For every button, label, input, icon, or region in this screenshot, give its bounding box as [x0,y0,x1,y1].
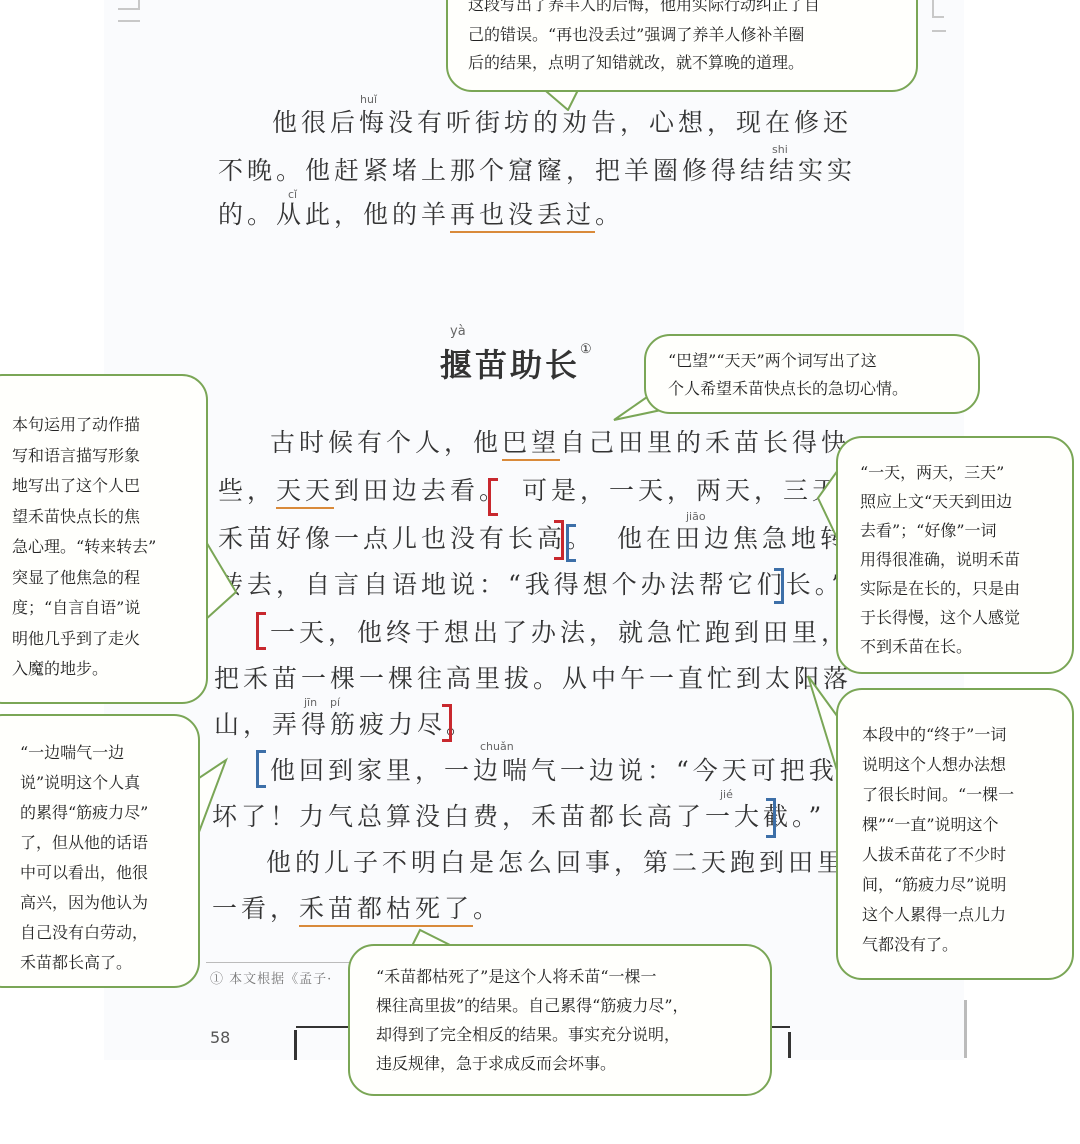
line: 中可以看出，他很 [20,858,148,888]
annotation-left-2: “一边喘气一边 说”说明这个人真 的累得“筋疲力尽” 了，但从他的话语 中可以看… [0,714,200,988]
footnote-rule [206,962,366,963]
line: 本句运用了动作描 [12,410,156,441]
corner-mark-top-right [932,0,944,18]
line: 这个人累得一点儿力 [862,900,1014,930]
line: 急心理。“转来转去” [12,532,156,563]
p2-line-1: 一天，他终于想出了办法，就急忙跑到田里， [270,610,850,656]
p4-line-2: 一看，禾苗都枯死了。 [212,886,502,932]
bottom-frame-left-bar [294,1030,297,1060]
bracket-blue-open-2 [256,750,266,788]
p4-l2-a: 一看， [212,894,299,923]
annotation-bottom: “禾苗都枯死了”是这个人将禾苗“一棵一 棵往高里拔”的结果。自己累得“筋疲力尽”… [348,944,772,1096]
line: 说”说明这个人真 [20,768,148,798]
story-title-text: 揠苗助长 [440,346,580,384]
prev-line-3: 的。从此，他的羊再也没丢过。 [218,192,624,238]
bracket-blue-close-1 [774,568,784,604]
bracket-blue-close-2 [766,798,776,838]
line: 自己没有白劳动， [20,918,148,948]
footnote-text: ① 本文根据《孟子· [210,968,332,987]
prev-line-3-end: 。 [595,200,624,229]
line: 望禾苗快点长的焦 [12,502,156,533]
p4-l2-b: 。 [473,894,502,923]
annotation-top-line-2: 己的错误。“再也没丢过”强调了养羊人修补羊圈 [468,22,804,48]
p1-l2-b: 到田边去看。 [334,476,508,505]
line: 间，“筋疲力尽”说明 [862,870,1014,900]
line: 了很长时间。“一棵一 [862,780,1014,810]
annotation-top-line-3: 后的结果，点明了知错就改，就不算晚的道理。 [468,50,804,76]
underlined-phrase-never-lost: 再也没丢过 [450,200,595,233]
footnote-mark: ① [580,342,595,357]
bottom-frame-right-bar [788,1032,791,1058]
corner-mark-top-left-2 [118,20,140,22]
annotation-right-1-text: “一天，两天，三天” 照应上文“天天到田边 去看”；“好像”一词 用得很准确，说… [860,458,1020,661]
line: 明他几乎到了走火 [12,624,156,655]
p3-line-1: 他回到家里，一边喘气一边说：“今天可把我累 [270,748,867,794]
annotation-top-line-1: 这段写出了养羊人的后悔，他用实际行动纠正了自 [468,0,820,18]
annotation-left-2-text: “一边喘气一边 说”说明这个人真 的累得“筋疲力尽” 了，但从他的话语 中可以看… [20,738,148,978]
page-number: 58 [210,1028,230,1047]
line: 高兴，因为他认为 [20,888,148,918]
line: 违反规律，急于求成反而会坏事。 [376,1049,689,1078]
p1-l2-a: 些， [218,476,276,505]
line: “一天，两天，三天” [860,458,1020,487]
annotation-right-2: 本段中的“终于”一词 说明这个人想办法想 了很长时间。“一棵一 棵”“一直”说明… [836,688,1074,980]
annotation-right-1: “一天，两天，三天” 照应上文“天天到田边 去看”；“好像”一词 用得很准确，说… [836,436,1074,674]
p1-l2-c: 可是，一天，两天，三天， [522,476,870,505]
line: 照应上文“天天到田边 [860,487,1020,516]
p4-line-1: 他的儿子不明白是怎么回事，第二天跑到田里 [266,840,846,886]
underlined-tiantian: 天天 [276,476,334,509]
prev-line-1: 他很后悔没有听街坊的劝告，心想，现在修还 [272,100,852,146]
story-title: 揠苗助长① [440,340,595,386]
line: 度；“自言自语”说 [12,593,156,624]
annotation-bawang-line-2: 个人希望禾苗快点长的急切心情。 [668,376,908,402]
line: 写和语言描写形象 [12,441,156,472]
bracket-blue-open-1 [566,524,576,562]
line: 了，但从他的话语 [20,828,148,858]
bottom-frame-right-line [770,1026,790,1028]
p1-l3-a: 禾苗好像一点儿也没有长高。 [218,524,595,553]
annotation-top: 这段写出了养羊人的后悔，他用实际行动纠正了自 己的错误。“再也没丢过”强调了养羊… [446,0,918,92]
bracket-red-open-1 [488,478,498,516]
line: 地写出了这个人巴 [12,471,156,502]
corner-mark-top-left [118,0,140,10]
line: 人拔禾苗花了不少时 [862,840,1014,870]
pinyin-ya: yà [450,324,466,339]
line: 用得很准确，说明禾苗 [860,545,1020,574]
line: 入魔的地步。 [12,654,156,685]
page-edge-right [964,1000,967,1058]
line: 说明这个人想办法想 [862,750,1014,780]
line: 实际是在长的，只是由 [860,574,1020,603]
p1-line-2: 些，天天到田边去看。可是，一天，两天，三天， [218,468,870,514]
line: 的累得“筋疲力尽” [20,798,148,828]
line: “一边喘气一边 [20,738,148,768]
annotation-left-1-text: 本句运用了动作描 写和语言描写形象 地写出了这个人巴 望禾苗快点长的焦 急心理。… [12,410,156,685]
line: 禾苗都长高了。 [20,948,148,978]
line: 突显了他焦急的程 [12,563,156,594]
underlined-withered: 禾苗都枯死了 [299,894,473,927]
corner-mark-top-right-2 [932,30,946,32]
line: 本段中的“终于”一词 [862,720,1014,750]
annotation-right-2-text: 本段中的“终于”一词 说明这个人想办法想 了很长时间。“一棵一 棵”“一直”说明… [862,720,1014,960]
bracket-red-close-1 [554,520,564,560]
line: 气都没有了。 [862,930,1014,960]
line: 却得到了完全相反的结果。事实充分说明， [376,1020,689,1049]
line: “禾苗都枯死了”是这个人将禾苗“一棵一 [376,962,689,991]
annotation-bawang-line-1: “巴望”“天天”两个词写出了这 [668,348,877,374]
line: 于长得慢，这个人感觉 [860,603,1020,632]
p1-line-4: 转去，自言自语地说：“我得想个办法帮它们长。” [218,562,848,608]
underlined-bawang: 巴望 [502,428,560,461]
p3-line-2: 坏了！力气总算没白费，禾苗都长高了一大截。” [212,794,825,840]
p1-line-3: 禾苗好像一点儿也没有长高。他在田边焦急地转来 [218,516,878,562]
line: 去看”；“好像”一词 [860,516,1020,545]
p2-line-3: 山，弄得筋疲力尽。 [214,702,475,748]
line: 棵”“一直”说明这个 [862,810,1014,840]
bracket-red-open-2 [256,612,266,650]
bracket-red-close-2 [442,704,452,742]
line: 棵往高里拔”的结果。自己累得“筋疲力尽”， [376,991,689,1020]
annotation-bawang: “巴望”“天天”两个词写出了这 个人希望禾苗快点长的急切心情。 [644,334,980,414]
line: 不到禾苗在长。 [860,632,1020,661]
annotation-bottom-text: “禾苗都枯死了”是这个人将禾苗“一棵一 棵往高里拔”的结果。自己累得“筋疲力尽”… [376,962,689,1078]
p1-l1-b: 自己田里的禾苗长得快 [560,428,850,457]
prev-line-3-text: 的。从此，他的羊 [218,200,450,229]
p1-line-1: 古时候有个人，他巴望自己田里的禾苗长得快 [270,420,850,466]
prev-line-2: 不晚。他赶紧堵上那个窟窿，把羊圈修得结结实实 [218,148,856,194]
p1-l1-a: 古时候有个人，他 [270,428,502,457]
annotation-left-1: 本句运用了动作描 写和语言描写形象 地写出了这个人巴 望禾苗快点长的焦 急心理。… [0,374,208,704]
